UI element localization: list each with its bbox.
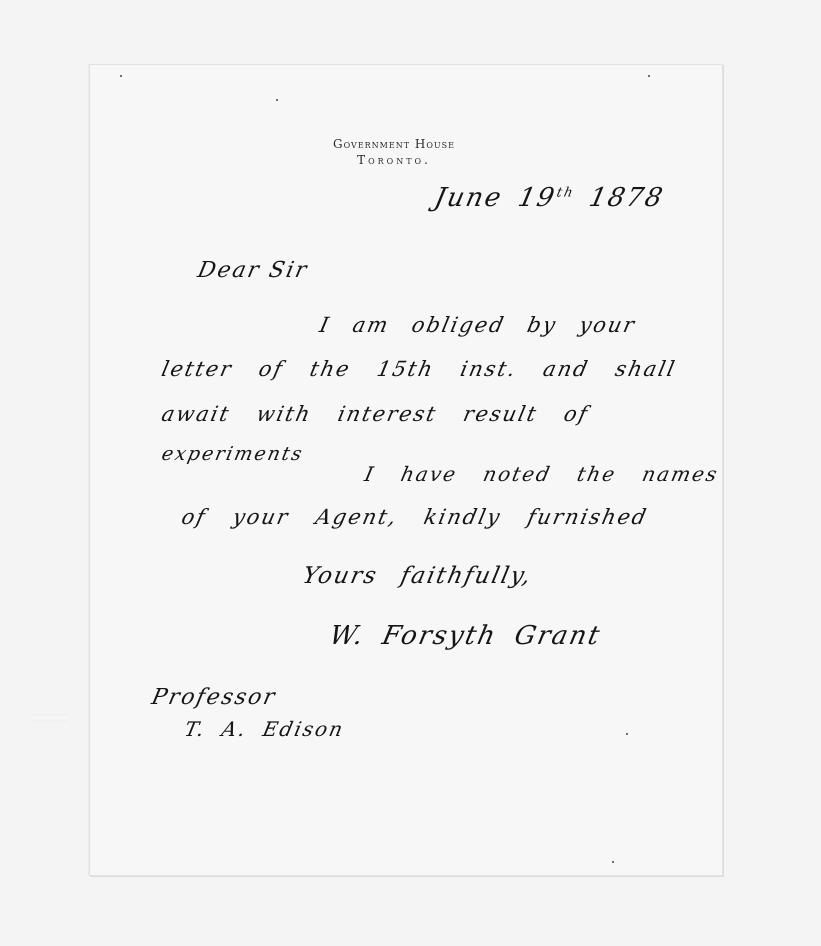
addressee-title: Professor <box>149 685 278 710</box>
body-line-5: of your Agent, kindly furnished <box>179 505 650 529</box>
letterhead-title: Government House <box>78 137 710 151</box>
salutation: Dear Sir <box>195 258 310 283</box>
speck <box>120 75 122 77</box>
body-line-1: I am obliged by your <box>317 313 638 337</box>
letterhead-city: Toronto. <box>78 153 710 167</box>
date-month: June <box>432 183 506 213</box>
closing: Yours faithfully, <box>300 563 534 589</box>
speck <box>612 861 614 863</box>
speck <box>276 99 278 101</box>
speck <box>648 75 650 77</box>
date-day: 19 <box>515 183 558 213</box>
body-line-4a: experiments <box>160 443 306 465</box>
body-line-4b: I have noted the names <box>362 462 721 486</box>
date-year: 1878 <box>586 183 667 213</box>
date-ordinal: th <box>555 185 576 200</box>
letter-date: June 19th 1878 <box>432 183 667 213</box>
letter-page: Government House Toronto. June 19th 1878… <box>89 64 723 876</box>
signature: W. Forsyth Grant <box>327 621 604 651</box>
addressee-name: T. A. Edison <box>182 717 346 741</box>
speck <box>626 733 628 735</box>
body-line-3: await with interest result of <box>159 402 591 426</box>
scan-artifact <box>32 714 68 722</box>
body-line-2: letter of the 15th inst. and shall <box>159 357 678 381</box>
